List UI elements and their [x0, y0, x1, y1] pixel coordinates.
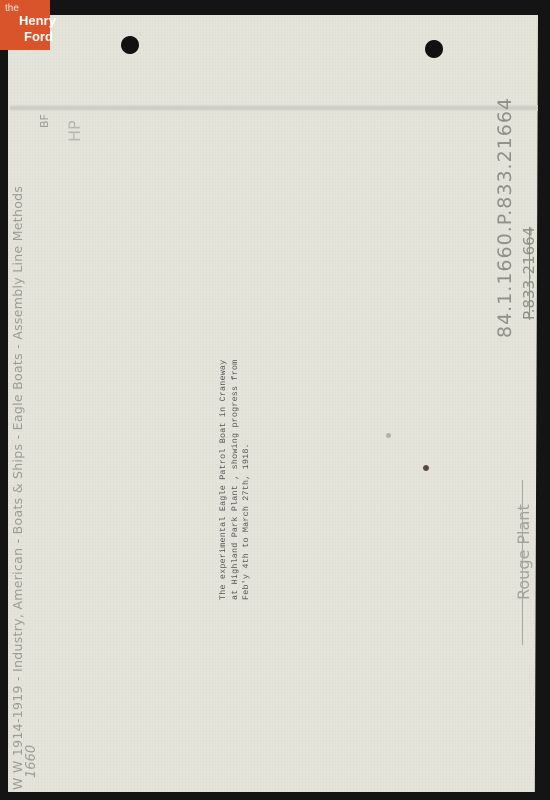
handwritten-subject-heading: W W 1914-1919 - Industry, American - Boa…	[10, 70, 25, 790]
logo-text-henry: Henry	[19, 14, 56, 27]
punch-hole	[425, 40, 443, 58]
handwritten-location: Rouge Plant	[514, 504, 533, 600]
paper-stain	[423, 465, 429, 471]
accession-number: 84.1.1660.P.833.21664	[494, 97, 516, 338]
punch-hole	[121, 36, 139, 54]
handwritten-initials: BF	[38, 114, 51, 128]
bracket-line	[522, 480, 523, 645]
typed-caption: The experimental Eagle Patrol Boat in Cr…	[218, 360, 253, 600]
fold-crease	[10, 105, 538, 111]
henry-ford-logo[interactable]: the Henry Ford	[0, 0, 50, 50]
archival-document-sheet	[8, 15, 538, 792]
struck-accession-number: P.833-21664	[520, 227, 538, 320]
paper-stain	[386, 433, 391, 438]
handwritten-number: 1660	[24, 745, 39, 778]
handwritten-initials: HP	[65, 120, 84, 142]
logo-text-the: the	[5, 4, 19, 14]
logo-text-ford: Ford	[24, 30, 53, 43]
